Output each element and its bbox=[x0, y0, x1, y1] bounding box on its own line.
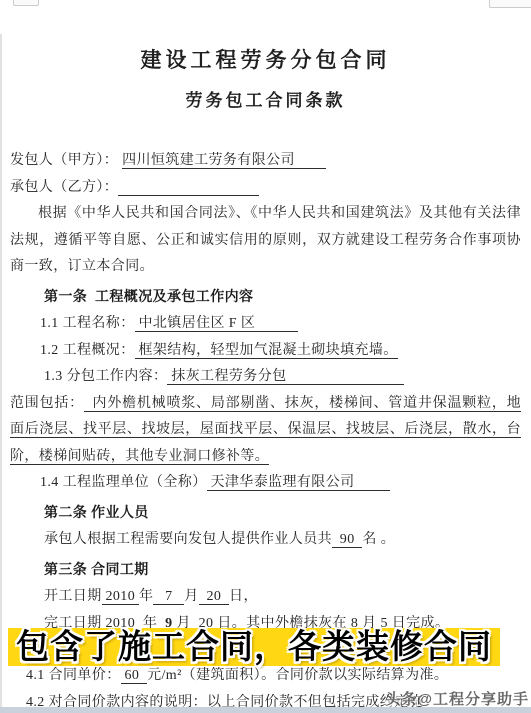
paragraph-text: 承包人根据工程需要向发包人提供作业人员共 bbox=[44, 532, 332, 547]
contract-title: 建设工程劳务分包合同 bbox=[10, 46, 521, 74]
bottom-edge-bar bbox=[0, 707, 531, 713]
watermark-text: 头条@工程分享助手 bbox=[385, 688, 529, 709]
paragraph-text: 名 。 bbox=[362, 532, 395, 547]
paragraph-text: 发包人（甲方）： bbox=[10, 153, 122, 168]
filled-blank: 四川恒筑建工劳务有限公司 bbox=[122, 153, 326, 169]
paragraph-text: 范围包括： bbox=[10, 396, 84, 411]
filled-blank: 天津华泰监理有限公司 bbox=[207, 475, 390, 491]
paragraph-text: 开工日期 bbox=[44, 589, 102, 604]
filled-blank: 90 bbox=[332, 532, 362, 548]
contract-paragraph: 根据《中华人民共和国合同法》、《中华人民共和国建筑法》及其他有关法律法规，遵循平… bbox=[10, 201, 521, 281]
contract-paragraph: 1.1 工程名称： 中北镇居住区 F 区 bbox=[10, 311, 521, 338]
filled-blank: 2010 bbox=[102, 589, 139, 605]
contract-paragraph: 1.3 分包工作内容： 抹灰工程劳务分包 bbox=[10, 364, 521, 391]
contract-paragraph: 承包人根据工程需要向发包人提供作业人员共 90 名 。 bbox=[10, 527, 521, 554]
contract-paragraph: 第三条 合同工期 bbox=[10, 558, 521, 585]
promo-banner-text: 包含了施工合同，各类装修合同 bbox=[16, 628, 492, 667]
filled-blank: 框架结构，轻型加气混凝土砌块填充墙。 bbox=[135, 343, 398, 359]
paragraph-text: 第二条 作业人员 bbox=[44, 506, 149, 521]
promo-banner: 包含了施工合同，各类装修合同 bbox=[8, 628, 500, 666]
paragraph-text: 第一条 工程概况及承包工作内容 bbox=[44, 290, 253, 305]
paragraph-text: 1.4 工程监理单位（全称） bbox=[40, 475, 207, 490]
contract-document-page: 建设工程劳务分包合同 劳务包工合同条款 发包人（甲方）： 四川恒筑建工劳务有限公… bbox=[0, 0, 531, 713]
filled-blank: 抹灰工程劳务分包 bbox=[167, 369, 403, 385]
paragraph-text: 日， bbox=[229, 589, 258, 604]
paragraph-text: 年 bbox=[139, 589, 153, 604]
paragraph-text: 4.1 合同单价： bbox=[26, 668, 121, 683]
contract-subtitle: 劳务包工合同条款 bbox=[10, 90, 521, 112]
filled-blank bbox=[118, 180, 258, 196]
contract-paragraph: 范围包括： 内外檐机械喷浆、局部剔凿、抹灰，楼梯间、管道井保温颗粒，地面后浇层、… bbox=[10, 391, 521, 471]
filled-blank: 7 bbox=[153, 589, 184, 605]
contract-paragraph: 4.1 合同单价： 60 元/m²（建筑面积）。合同价款以实际结算为准。 bbox=[10, 663, 521, 690]
paragraph-text: 1.2 工程概况： bbox=[40, 343, 135, 358]
filled-blank: 中北镇居住区 F 区 bbox=[135, 316, 299, 332]
paragraph-text: 1.3 分包工作内容： bbox=[44, 369, 167, 384]
contract-paragraph: 1.4 工程监理单位（全称） 天津华泰监理有限公司 bbox=[10, 470, 521, 497]
paragraph-text: 第三条 合同工期 bbox=[44, 563, 149, 578]
paragraph-text: 月 bbox=[184, 589, 198, 604]
paragraph-text: 元/m²（建筑面积）。合同价款以实际结算为准。 bbox=[147, 668, 448, 683]
filled-blank: 60 bbox=[121, 668, 148, 684]
contract-paragraph: 1.2 工程概况： 框架结构，轻型加气混凝土砌块填充墙。 bbox=[10, 338, 521, 365]
paragraph-text: 根据《中华人民共和国合同法》、《中华人民共和国建筑法》及其他有关法律法规，遵循平… bbox=[10, 206, 521, 274]
filled-blank: 20 bbox=[199, 589, 229, 605]
paragraph-text: 1.1 工程名称： bbox=[40, 316, 135, 331]
contract-paragraph: 第一条 工程概况及承包工作内容 bbox=[10, 285, 521, 312]
filled-blank: 内外檐机械喷浆、局部剔凿、抹灰，楼梯间、管道井保温颗粒，地面后浇层、找平层、找坡… bbox=[10, 396, 521, 465]
contract-paragraph: 第二条 作业人员 bbox=[10, 501, 521, 528]
contract-paragraph: 承包人（乙方）： bbox=[10, 175, 521, 202]
contract-paragraph: 开工日期 2010 年 7 月 20 日， bbox=[10, 584, 521, 611]
paragraph-text: 承包人（乙方）： bbox=[10, 180, 118, 195]
contract-paragraph: 发包人（甲方）： 四川恒筑建工劳务有限公司 bbox=[10, 148, 521, 175]
